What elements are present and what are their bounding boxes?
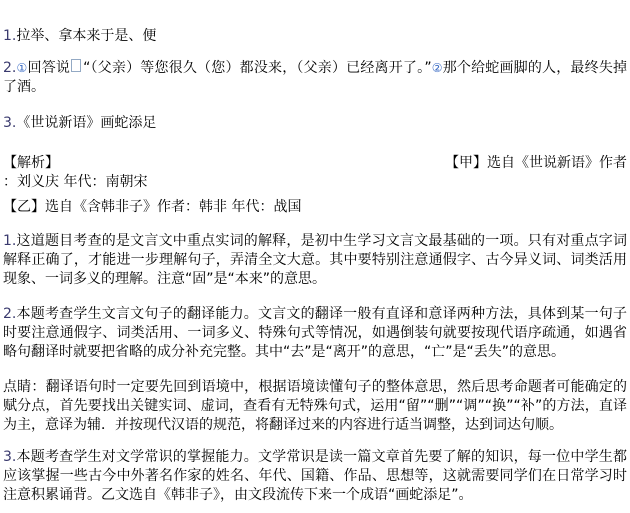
answer-item-2: 2.①回答说“（父亲）等您很久（您）都没来，（父亲）已经离开了。”②那个给蛇画脚… bbox=[3, 59, 627, 97]
analysis-paragraph-3-number: 3. bbox=[3, 449, 16, 465]
analysis-paragraph-2-text: 本题考查学生文言文句子的翻译能力。文言文的翻译一般有直译和意译两种方法，具体到某… bbox=[3, 306, 627, 360]
answer-item-2-number: 2. bbox=[3, 60, 16, 76]
source-yi-line: 【乙】选自《含韩非子》作者：韩非 年代：战国 bbox=[3, 198, 627, 217]
answer-item-1-text: 拉举、拿本来于是、便 bbox=[16, 28, 156, 44]
answer-item-3-number: 3. bbox=[3, 115, 16, 131]
analysis-paragraph-3-text: 本题考查学生对文学常识的掌握能力。文学常识是读一篇文章首先要了解的知识，每一位中… bbox=[3, 449, 627, 503]
missing-glyph-box bbox=[71, 59, 81, 72]
analysis-paragraph-1: 1.这道题目考查的是文言文中重点实词的解释，是初中生学习文言文最基础的一项。只有… bbox=[3, 232, 627, 289]
key-tip-text: 翻译语句时一定要先回到语境中，根据语境读懂句子的整体意思，然后思考命题者可能确定… bbox=[3, 379, 627, 433]
analysis-paragraph-1-text: 这道题目考查的是文言文中重点实词的解释，是初中生学习文言文最基础的一项。只有对重… bbox=[3, 233, 627, 287]
key-tip-paragraph: 点睛：翻译语句时一定要先回到语境中，根据语境读懂句子的整体意思，然后思考命题者可… bbox=[3, 378, 627, 435]
answer-item-3: 3.《世说新语》画蛇添足 bbox=[3, 114, 627, 133]
circled-1-marker: ① bbox=[16, 61, 27, 75]
circled-2-marker: ② bbox=[432, 61, 443, 75]
answer-item-2-lead: 回答说 bbox=[28, 60, 71, 76]
analysis-header: 【解析】 bbox=[3, 154, 59, 173]
source-jia-author-line: ：刘义庆 年代：南朝宋 bbox=[3, 173, 627, 192]
key-tip-label: 点睛： bbox=[3, 379, 46, 395]
analysis-paragraph-3: 3.本题考查学生对文学常识的掌握能力。文学常识是读一篇文章首先要了解的知识，每一… bbox=[3, 448, 627, 505]
answer-item-1: 1.拉举、拿本来于是、便 bbox=[3, 27, 627, 46]
analysis-paragraph-2: 2.本题考查学生文言文句子的翻译能力。文言文的翻译一般有直译和意译两种方法，具体… bbox=[3, 305, 627, 362]
analysis-paragraph-2-number: 2. bbox=[3, 306, 16, 322]
answer-item-2-sentence-1: （父亲）等您很久（您）都没来，（父亲）已经离开了。 bbox=[90, 60, 424, 76]
close-quote: ” bbox=[424, 60, 431, 76]
answer-item-3-text: 《世说新语》画蛇添足 bbox=[16, 115, 156, 131]
source-jia-label: 【甲】选自《世说新语》作者 bbox=[445, 154, 627, 173]
analysis-header-row: 【解析】 【甲】选自《世说新语》作者 bbox=[3, 154, 627, 173]
answer-item-1-number: 1. bbox=[3, 28, 16, 44]
analysis-paragraph-1-number: 1. bbox=[3, 233, 16, 249]
